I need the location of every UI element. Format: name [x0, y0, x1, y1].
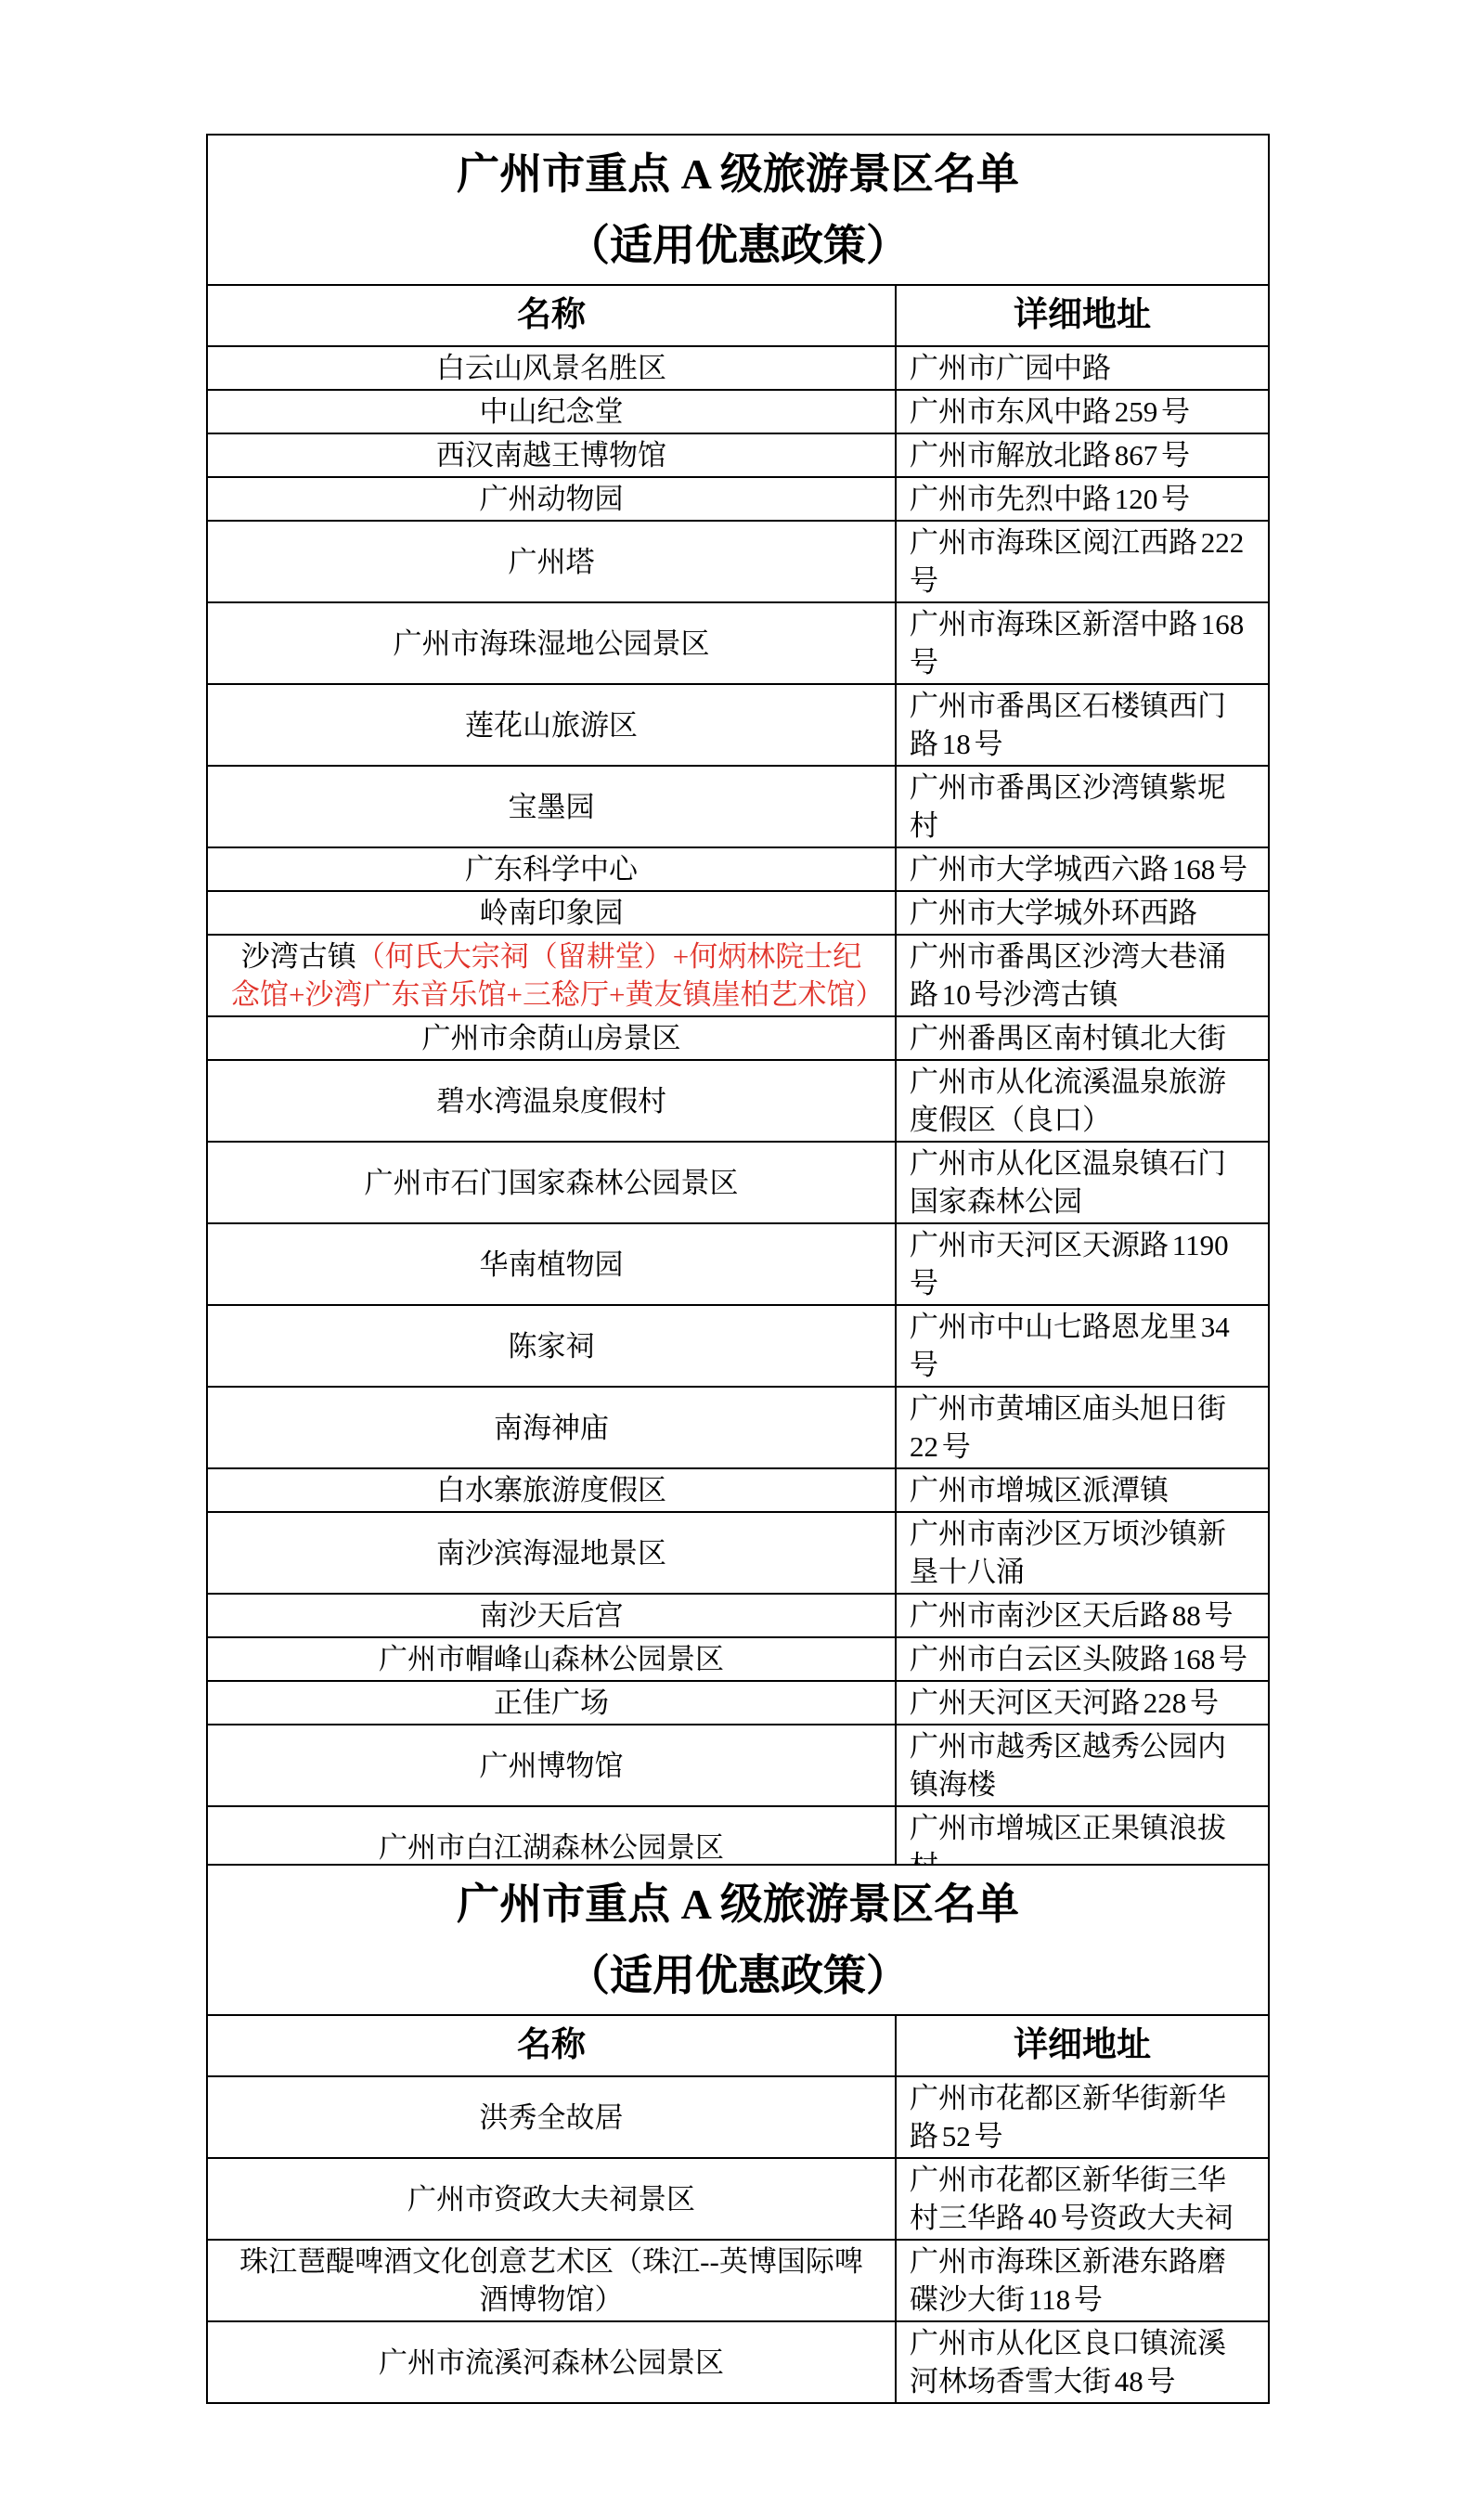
- attraction-address-cell: 广州市从化区温泉镇石门国家森林公园: [896, 1142, 1269, 1223]
- table-row: 广州市流溪河森林公园景区广州市从化区良口镇流溪河林场香雪大街 48 号: [207, 2321, 1269, 2403]
- attraction-address-cell: 广州市白云区头陂路 168 号: [896, 1637, 1269, 1681]
- attraction-address-cell: 广州市番禺区沙湾镇紫坭村: [896, 766, 1269, 847]
- table-row: 白水寨旅游度假区广州市增城区派潭镇: [207, 1468, 1269, 1512]
- attraction-address-cell: 广州市中山七路恩龙里 34 号: [896, 1305, 1269, 1387]
- attraction-name-cell: 广州市石门国家森林公园景区: [207, 1142, 896, 1223]
- table-title-line-1: 广州市重点 A 级旅游景区名单: [208, 1868, 1268, 1940]
- attraction-address-cell: 广州市黄埔区庙头旭日街 22 号: [896, 1387, 1269, 1468]
- attraction-name-cell: 宝墨园: [207, 766, 896, 847]
- attraction-address-cell: 广州市番禺区沙湾大巷涌路 10 号沙湾古镇: [896, 935, 1269, 1016]
- attraction-address-cell: 广州市东风中路 259 号: [896, 390, 1269, 433]
- attraction-name-cell: 广州动物园: [207, 477, 896, 521]
- table-row: 洪秀全故居广州市花都区新华街新华路 52 号: [207, 2076, 1269, 2158]
- table-row: 碧水湾温泉度假村广州市从化流溪温泉旅游度假区（良口）: [207, 1060, 1269, 1142]
- attraction-name-cell: 沙湾古镇（何氏大宗祠（留耕堂）+何炳林院士纪念馆+沙湾广东音乐馆+三稔厅+黄友镇…: [207, 935, 896, 1016]
- attraction-name-cell: 广州博物馆: [207, 1725, 896, 1806]
- table-row: 宝墨园广州市番禺区沙湾镇紫坭村: [207, 766, 1269, 847]
- attraction-name-cell: 岭南印象园: [207, 891, 896, 935]
- table-row: 南沙滨海湿地景区广州市南沙区万顷沙镇新垦十八涌: [207, 1512, 1269, 1594]
- column-header-name: 名称: [207, 2015, 896, 2076]
- attraction-address-cell: 广州市先烈中路 120 号: [896, 477, 1269, 521]
- table-row: 广州市石门国家森林公园景区广州市从化区温泉镇石门国家森林公园: [207, 1142, 1269, 1223]
- attraction-name-cell: 广州市余荫山房景区: [207, 1016, 896, 1060]
- attraction-address-cell: 广州市海珠区阅江西路 222 号: [896, 521, 1269, 602]
- table-row: 广州市帽峰山森林公园景区广州市白云区头陂路 168 号: [207, 1637, 1269, 1681]
- attraction-name-cell: 南沙滨海湿地景区: [207, 1512, 896, 1594]
- attraction-address-cell: 广州市天河区天源路 1190 号: [896, 1223, 1269, 1305]
- table-row: 广州市余荫山房景区广州番禺区南村镇北大街: [207, 1016, 1269, 1060]
- attraction-name-cell: 珠江琶醍啤酒文化创意艺术区（珠江--英博国际啤酒博物馆）: [207, 2240, 896, 2321]
- table-title-row: 广州市重点 A 级旅游景区名单 （适用优惠政策）: [207, 135, 1269, 285]
- attraction-address-cell: 广州市大学城西六路 168 号: [896, 847, 1269, 891]
- attraction-address-cell: 广州市从化区良口镇流溪河林场香雪大街 48 号: [896, 2321, 1269, 2403]
- table-row: 沙湾古镇（何氏大宗祠（留耕堂）+何炳林院士纪念馆+沙湾广东音乐馆+三稔厅+黄友镇…: [207, 935, 1269, 1016]
- column-header-name: 名称: [207, 285, 896, 346]
- table-title: 广州市重点 A 级旅游景区名单 （适用优惠政策）: [207, 1865, 1269, 2015]
- table-row: 南沙天后宫广州市南沙区天后路 88 号: [207, 1594, 1269, 1637]
- attraction-address-cell: 广州天河区天河路 228 号: [896, 1681, 1269, 1725]
- scenic-spots-table: 广州市重点 A 级旅游景区名单 （适用优惠政策） 名称 详细地址 洪秀全故居广州…: [206, 1864, 1270, 2404]
- table-body: 白云山风景名胜区广州市广园中路中山纪念堂广州市东风中路 259 号西汉南越王博物…: [207, 346, 1269, 1888]
- document-page: 广州市重点 A 级旅游景区名单 （适用优惠政策） 名称 详细地址 白云山风景名胜…: [0, 0, 1473, 2520]
- table-header-row: 名称 详细地址: [207, 2015, 1269, 2076]
- attraction-name-cell: 白云山风景名胜区: [207, 346, 896, 390]
- table-title: 广州市重点 A 级旅游景区名单 （适用优惠政策）: [207, 135, 1269, 285]
- attraction-address-cell: 广州市大学城外环西路: [896, 891, 1269, 935]
- attraction-address-cell: 广州市从化流溪温泉旅游度假区（良口）: [896, 1060, 1269, 1142]
- table-row: 广州市海珠湿地公园景区广州市海珠区新滘中路 168 号: [207, 602, 1269, 684]
- attraction-name-cell: 碧水湾温泉度假村: [207, 1060, 896, 1142]
- table-row: 广州动物园广州市先烈中路 120 号: [207, 477, 1269, 521]
- attraction-name-cell: 华南植物园: [207, 1223, 896, 1305]
- column-header-address: 详细地址: [896, 2015, 1269, 2076]
- attraction-address-cell: 广州市南沙区万顷沙镇新垦十八涌: [896, 1512, 1269, 1594]
- table-row: 珠江琶醍啤酒文化创意艺术区（珠江--英博国际啤酒博物馆）广州市海珠区新港东路磨碟…: [207, 2240, 1269, 2321]
- table-row: 莲花山旅游区广州市番禺区石楼镇西门路 18 号: [207, 684, 1269, 766]
- attraction-address-cell: 广州市海珠区新港东路磨碟沙大街 118 号: [896, 2240, 1269, 2321]
- scenic-spots-table-2: 广州市重点 A 级旅游景区名单 （适用优惠政策） 名称 详细地址 洪秀全故居广州…: [206, 1864, 1268, 2404]
- attraction-name-cell: 白水寨旅游度假区: [207, 1468, 896, 1512]
- attraction-address-cell: 广州市番禺区石楼镇西门路 18 号: [896, 684, 1269, 766]
- attraction-name-cell: 正佳广场: [207, 1681, 896, 1725]
- table-title-row: 广州市重点 A 级旅游景区名单 （适用优惠政策）: [207, 1865, 1269, 2015]
- attraction-address-cell: 广州市花都区新华街三华村三华路 40 号资政大夫祠: [896, 2158, 1269, 2240]
- table-title-line-2: （适用优惠政策）: [208, 1940, 1268, 2011]
- table-row: 广州塔广州市海珠区阅江西路 222 号: [207, 521, 1269, 602]
- attraction-address-cell: 广州市南沙区天后路 88 号: [896, 1594, 1269, 1637]
- attraction-name-red-annotation: （何氏大宗祠（留耕堂）+何炳林院士纪念馆+沙湾广东音乐馆+三稔厅+黄友镇崖柏艺术…: [231, 940, 884, 1011]
- table-row: 广州博物馆广州市越秀区越秀公园内镇海楼: [207, 1725, 1269, 1806]
- table-header-row: 名称 详细地址: [207, 285, 1269, 346]
- attraction-address-cell: 广州市花都区新华街新华路 52 号: [896, 2076, 1269, 2158]
- column-header-address: 详细地址: [896, 285, 1269, 346]
- attraction-address-cell: 广州市海珠区新滘中路 168 号: [896, 602, 1269, 684]
- table-row: 白云山风景名胜区广州市广园中路: [207, 346, 1269, 390]
- table-row: 陈家祠广州市中山七路恩龙里 34 号: [207, 1305, 1269, 1387]
- attraction-address-cell: 广州番禺区南村镇北大街: [896, 1016, 1269, 1060]
- table-row: 广东科学中心广州市大学城西六路 168 号: [207, 847, 1269, 891]
- attraction-name-cell: 广州塔: [207, 521, 896, 602]
- scenic-spots-table: 广州市重点 A 级旅游景区名单 （适用优惠政策） 名称 详细地址 白云山风景名胜…: [206, 134, 1270, 1889]
- attraction-name-cell: 南海神庙: [207, 1387, 896, 1468]
- scenic-spots-table-1: 广州市重点 A 级旅游景区名单 （适用优惠政策） 名称 详细地址 白云山风景名胜…: [206, 134, 1268, 1889]
- attraction-name-cell: 陈家祠: [207, 1305, 896, 1387]
- table-row: 正佳广场广州天河区天河路 228 号: [207, 1681, 1269, 1725]
- attraction-name-cell: 中山纪念堂: [207, 390, 896, 433]
- attraction-name-cell: 广州市帽峰山森林公园景区: [207, 1637, 896, 1681]
- table-row: 岭南印象园广州市大学城外环西路: [207, 891, 1269, 935]
- attraction-name-cell: 洪秀全故居: [207, 2076, 896, 2158]
- attraction-address-cell: 广州市越秀区越秀公园内镇海楼: [896, 1725, 1269, 1806]
- attraction-name-cell: 南沙天后宫: [207, 1594, 896, 1637]
- table-body: 洪秀全故居广州市花都区新华街新华路 52 号广州市资政大夫祠景区广州市花都区新华…: [207, 2076, 1269, 2403]
- table-row: 南海神庙广州市黄埔区庙头旭日街 22 号: [207, 1387, 1269, 1468]
- attraction-name-cell: 广州市流溪河森林公园景区: [207, 2321, 896, 2403]
- table-title-line-2: （适用优惠政策）: [208, 210, 1268, 281]
- attraction-address-cell: 广州市解放北路 867 号: [896, 433, 1269, 477]
- table-title-line-1: 广州市重点 A 级旅游景区名单: [208, 138, 1268, 210]
- attraction-name-cell: 广州市资政大夫祠景区: [207, 2158, 896, 2240]
- attraction-name-cell: 广州市海珠湿地公园景区: [207, 602, 896, 684]
- attraction-address-cell: 广州市增城区派潭镇: [896, 1468, 1269, 1512]
- table-row: 中山纪念堂广州市东风中路 259 号: [207, 390, 1269, 433]
- attraction-name-cell: 西汉南越王博物馆: [207, 433, 896, 477]
- table-row: 华南植物园广州市天河区天源路 1190 号: [207, 1223, 1269, 1305]
- table-row: 西汉南越王博物馆广州市解放北路 867 号: [207, 433, 1269, 477]
- attraction-name-cell: 广东科学中心: [207, 847, 896, 891]
- attraction-name-cell: 莲花山旅游区: [207, 684, 896, 766]
- attraction-address-cell: 广州市广园中路: [896, 346, 1269, 390]
- table-row: 广州市资政大夫祠景区广州市花都区新华街三华村三华路 40 号资政大夫祠: [207, 2158, 1269, 2240]
